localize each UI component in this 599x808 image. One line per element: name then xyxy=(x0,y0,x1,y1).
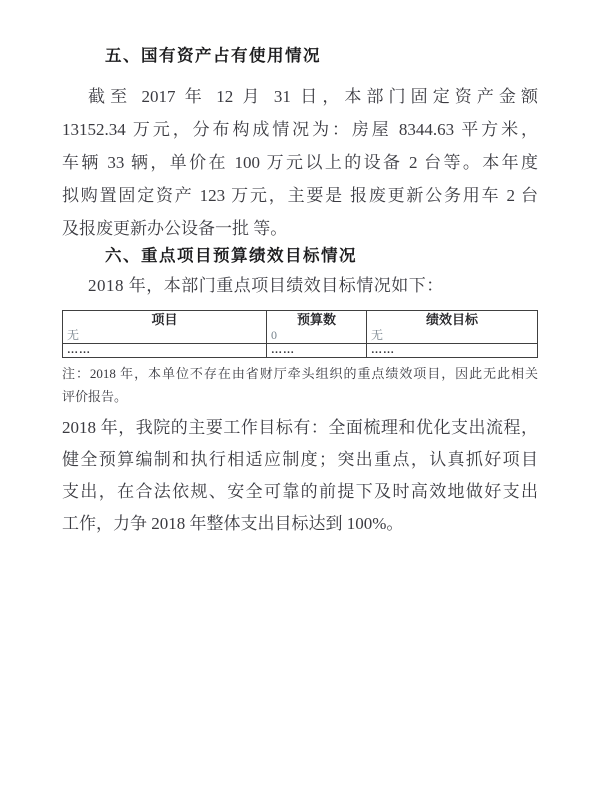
table-value-target: 无 xyxy=(367,328,537,342)
paragraph-line: 拟购置固定资产 123 万元，主要是 报废更新公务用车 2 台 xyxy=(62,179,538,212)
section-heading-performance: 六、重点项目预算绩效目标情况 xyxy=(62,246,538,266)
paragraph-line: 2018 年，我院的主要工作目标有：全面梳理和优化支出流程， xyxy=(62,412,538,444)
paragraph-line: 及报废更新办公设备一批 等。 xyxy=(62,212,538,245)
assets-paragraph: 截至 2017 年 12 月 31 日，本部门固定资产金额 13152.34 万… xyxy=(62,80,538,245)
table-header-project: 项目 xyxy=(63,311,266,328)
performance-intro: 2018 年，本部门重点项目绩效目标情况如下： xyxy=(62,274,538,298)
paragraph-line: 车辆 33 辆，单价在 100 万元以上的设备 2 台等。本年度 xyxy=(62,146,538,179)
table-ellipsis-cell: …… xyxy=(63,344,266,357)
paragraph-line: 健全预算编制和执行相适应制度；突出重点，认真抓好项目 xyxy=(62,444,538,476)
table-header-target: 绩效目标 xyxy=(367,311,537,328)
note-line: 注：2018 年，本单位不存在由省财厅牵头组织的重点绩效项目，因此无此相关 xyxy=(62,362,538,385)
goals-paragraph: 2018 年，我院的主要工作目标有：全面梳理和优化支出流程， 健全预算编制和执行… xyxy=(62,412,538,540)
table-value-project: 无 xyxy=(63,328,266,342)
table-cell-target: 绩效目标 无 xyxy=(366,311,537,343)
paragraph-line: 13152.34 万元，分布构成情况为：房屋 8344.63 平方米， xyxy=(62,113,538,146)
paragraph-line: 2018 年，本部门重点项目绩效目标情况如下： xyxy=(62,274,538,298)
table-header-value-row: 项目 无 预算数 0 绩效目标 无 xyxy=(63,311,537,343)
table-ellipsis-cell: …… xyxy=(366,344,537,357)
paragraph-line: 工作，力争 2018 年整体支出目标达到 100%。 xyxy=(62,508,538,540)
performance-table: 项目 无 预算数 0 绩效目标 无 …… …… …… xyxy=(62,310,538,358)
section-heading-assets: 五、国有资产占有使用情况 xyxy=(62,46,538,66)
table-cell-budget: 预算数 0 xyxy=(266,311,366,343)
note-line: 评价报告。 xyxy=(62,385,538,408)
table-ellipsis-row: …… …… …… xyxy=(63,343,537,357)
paragraph-line: 截至 2017 年 12 月 31 日，本部门固定资产金额 xyxy=(62,80,538,113)
table-header-budget: 预算数 xyxy=(267,311,366,328)
table-note: 注：2018 年，本单位不存在由省财厅牵头组织的重点绩效项目，因此无此相关 评价… xyxy=(62,362,538,408)
table-value-budget: 0 xyxy=(267,328,366,342)
table-ellipsis-cell: …… xyxy=(266,344,366,357)
table-cell-project: 项目 无 xyxy=(63,311,266,343)
paragraph-line: 支出，在合法依规、安全可靠的前提下及时高效地做好支出 xyxy=(62,476,538,508)
